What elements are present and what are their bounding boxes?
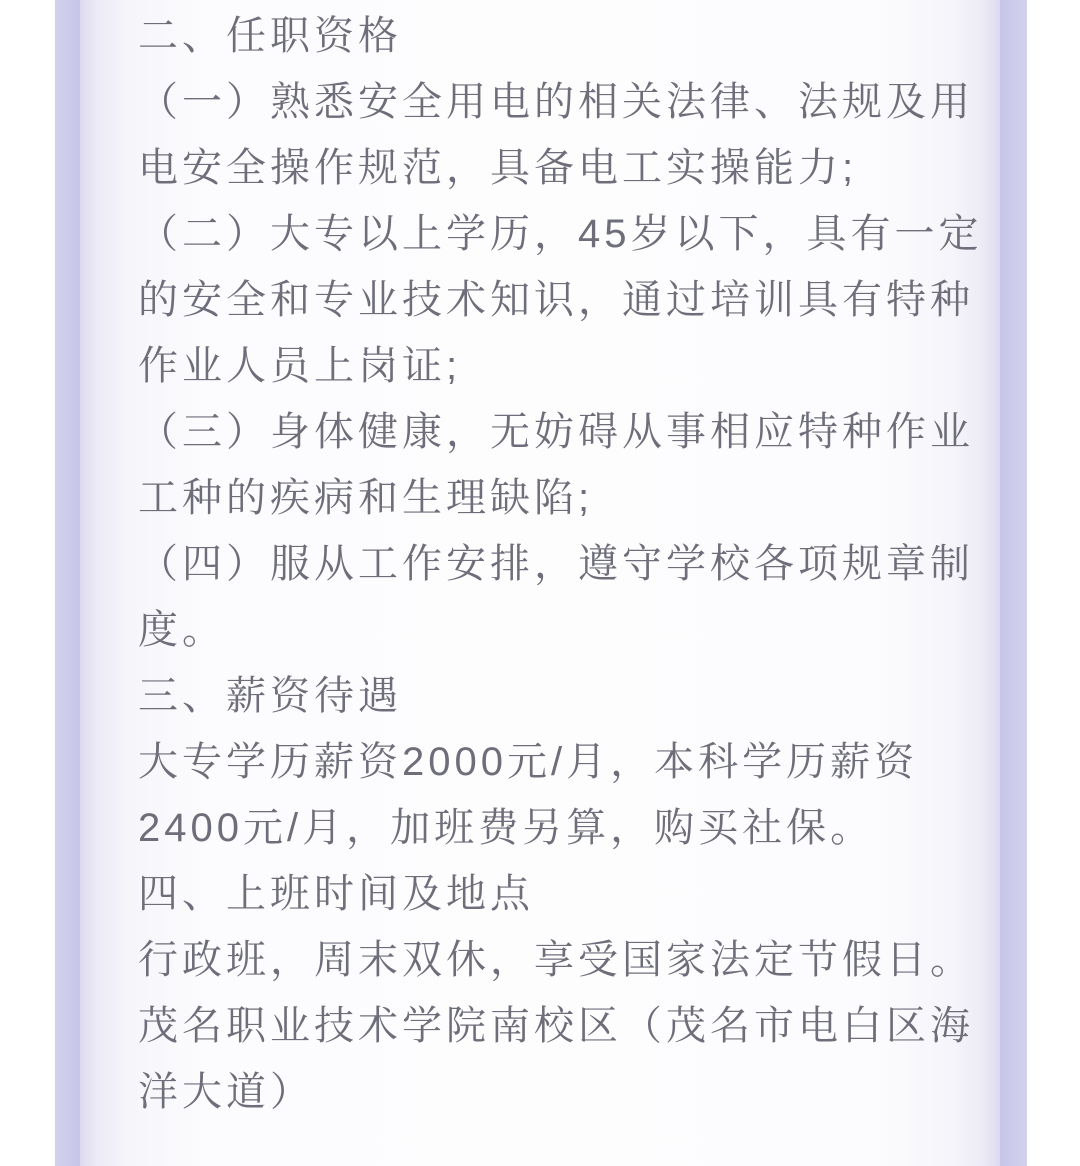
text-line: 作业人员上岗证; bbox=[138, 333, 960, 399]
article-body: 二、任职资格 （一）熟悉安全用电的相关法律、法规及用 电安全操作规范，具备电工实… bbox=[80, 0, 1000, 1166]
text-line: 2400元/月，加班费另算，购买社保。 bbox=[138, 795, 960, 861]
text-line: （四）服从工作安排，遵守学校各项规章制 bbox=[138, 531, 960, 597]
text-line: （二）大专以上学历，45岁以下，具有一定 bbox=[138, 201, 960, 267]
text-line: 行政班，周末双休，享受国家法定节假日。 bbox=[138, 927, 960, 993]
text-line: 度。 bbox=[138, 597, 960, 663]
document-page: 二、任职资格 （一）熟悉安全用电的相关法律、法规及用 电安全操作规范，具备电工实… bbox=[0, 0, 1080, 1166]
text-line: 工种的疾病和生理缺陷; bbox=[138, 465, 960, 531]
text-line: 的安全和专业技术知识，通过培训具有特种 bbox=[138, 267, 960, 333]
text-line: 洋大道） bbox=[138, 1059, 960, 1125]
left-accent-strip bbox=[55, 0, 80, 1166]
text-line: 茂名职业技术学院南校区（茂名市电白区海 bbox=[138, 993, 960, 1059]
right-accent-strip bbox=[1000, 0, 1027, 1166]
text-line: （三）身体健康，无妨碍从事相应特种作业 bbox=[138, 399, 960, 465]
left-page-margin bbox=[0, 0, 55, 1166]
text-line: 大专学历薪资2000元/月，本科学历薪资 bbox=[138, 729, 960, 795]
text-line: 电安全操作规范，具备电工实操能力; bbox=[138, 135, 960, 201]
text-line: （一）熟悉安全用电的相关法律、法规及用 bbox=[138, 69, 960, 135]
right-page-margin bbox=[1027, 0, 1080, 1166]
section-heading: 三、薪资待遇 bbox=[138, 663, 960, 729]
section-heading: 二、任职资格 bbox=[138, 3, 960, 69]
section-heading: 四、上班时间及地点 bbox=[138, 861, 960, 927]
